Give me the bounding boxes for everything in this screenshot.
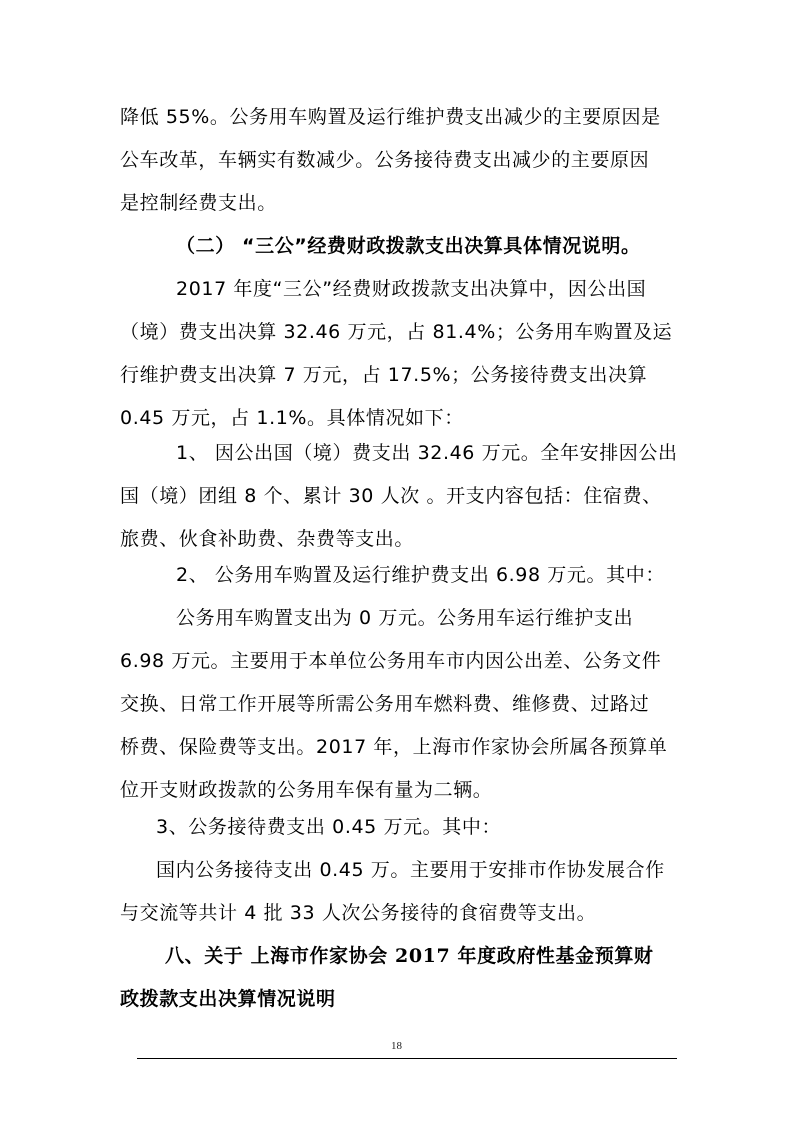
paragraph-line: 0.45 万元，占 1.1%。具体情况如下：: [120, 406, 464, 430]
paragraph-line: 桥费、保险费等支出。2017 年，上海市作家协会所属各预算单: [120, 735, 667, 759]
document-page: 降低 55%。公务用车购置及运行维护费支出减少的主要原因是公车改革，车辆实有数减…: [0, 0, 793, 1122]
paragraph-line: 6.98 万元。主要用于本单位公务用车市内因公出差、公务文件: [120, 649, 661, 673]
paragraph-line: 降低 55%。公务用车购置及运行维护费支出减少的主要原因是: [120, 105, 661, 129]
section-heading: 八、关于 上海市作家协会 2017 年度政府性基金预算财: [165, 944, 654, 968]
section-subheading: （二） “三公”经费财政拨款支出决算具体情况说明。: [176, 234, 641, 258]
paragraph-line: 1、 因公出国（境）费支出 32.46 万元。全年安排因公出: [176, 441, 678, 465]
paragraph-line: 位开支财政拨款的公务用车保有量为二辆。: [120, 778, 492, 802]
paragraph-line: 3、公务接待费支出 0.45 万元。其中：: [156, 815, 501, 839]
paragraph-line: （境）费支出决算 32.46 万元，占 81.4%；公务用车购置及运: [120, 320, 672, 344]
paragraph-line: 公务用车购置支出为 0 万元。公务用车运行维护支出: [176, 606, 633, 630]
section-heading: 政拨款支出决算情况说明: [120, 987, 336, 1011]
paragraph-line: 公车改革，车辆实有数减少。公务接待费支出减少的主要原因: [120, 148, 649, 172]
paragraph-line: 是控制经费支出。: [120, 191, 277, 215]
paragraph-line: 行维护费支出决算 7 万元，占 17.5%；公务接待费支出决算: [120, 363, 647, 387]
paragraph-line: 2017 年度“三公”经费财政拨款支出决算中，因公出国: [176, 277, 646, 301]
paragraph-line: 与交流等共计 4 批 33 人次公务接待的食宿费等支出。: [120, 901, 596, 925]
paragraph-line: 国（境）团组 8 个、累计 30 人次 。开支内容包括：住宿费、: [120, 484, 662, 508]
paragraph-line: 国内公务接待支出 0.45 万。主要用于安排市作协发展合作: [156, 858, 665, 882]
paragraph-line: 旅费、伙食补助费、杂费等支出。: [120, 527, 414, 551]
footer-divider: [137, 1058, 677, 1059]
paragraph-line: 交换、日常工作开展等所需公务用车燃料费、维修费、过路过: [120, 692, 649, 716]
paragraph-line: 2、 公务用车购置及运行维护费支出 6.98 万元。其中：: [176, 563, 665, 587]
page-number: 18: [0, 1040, 793, 1052]
